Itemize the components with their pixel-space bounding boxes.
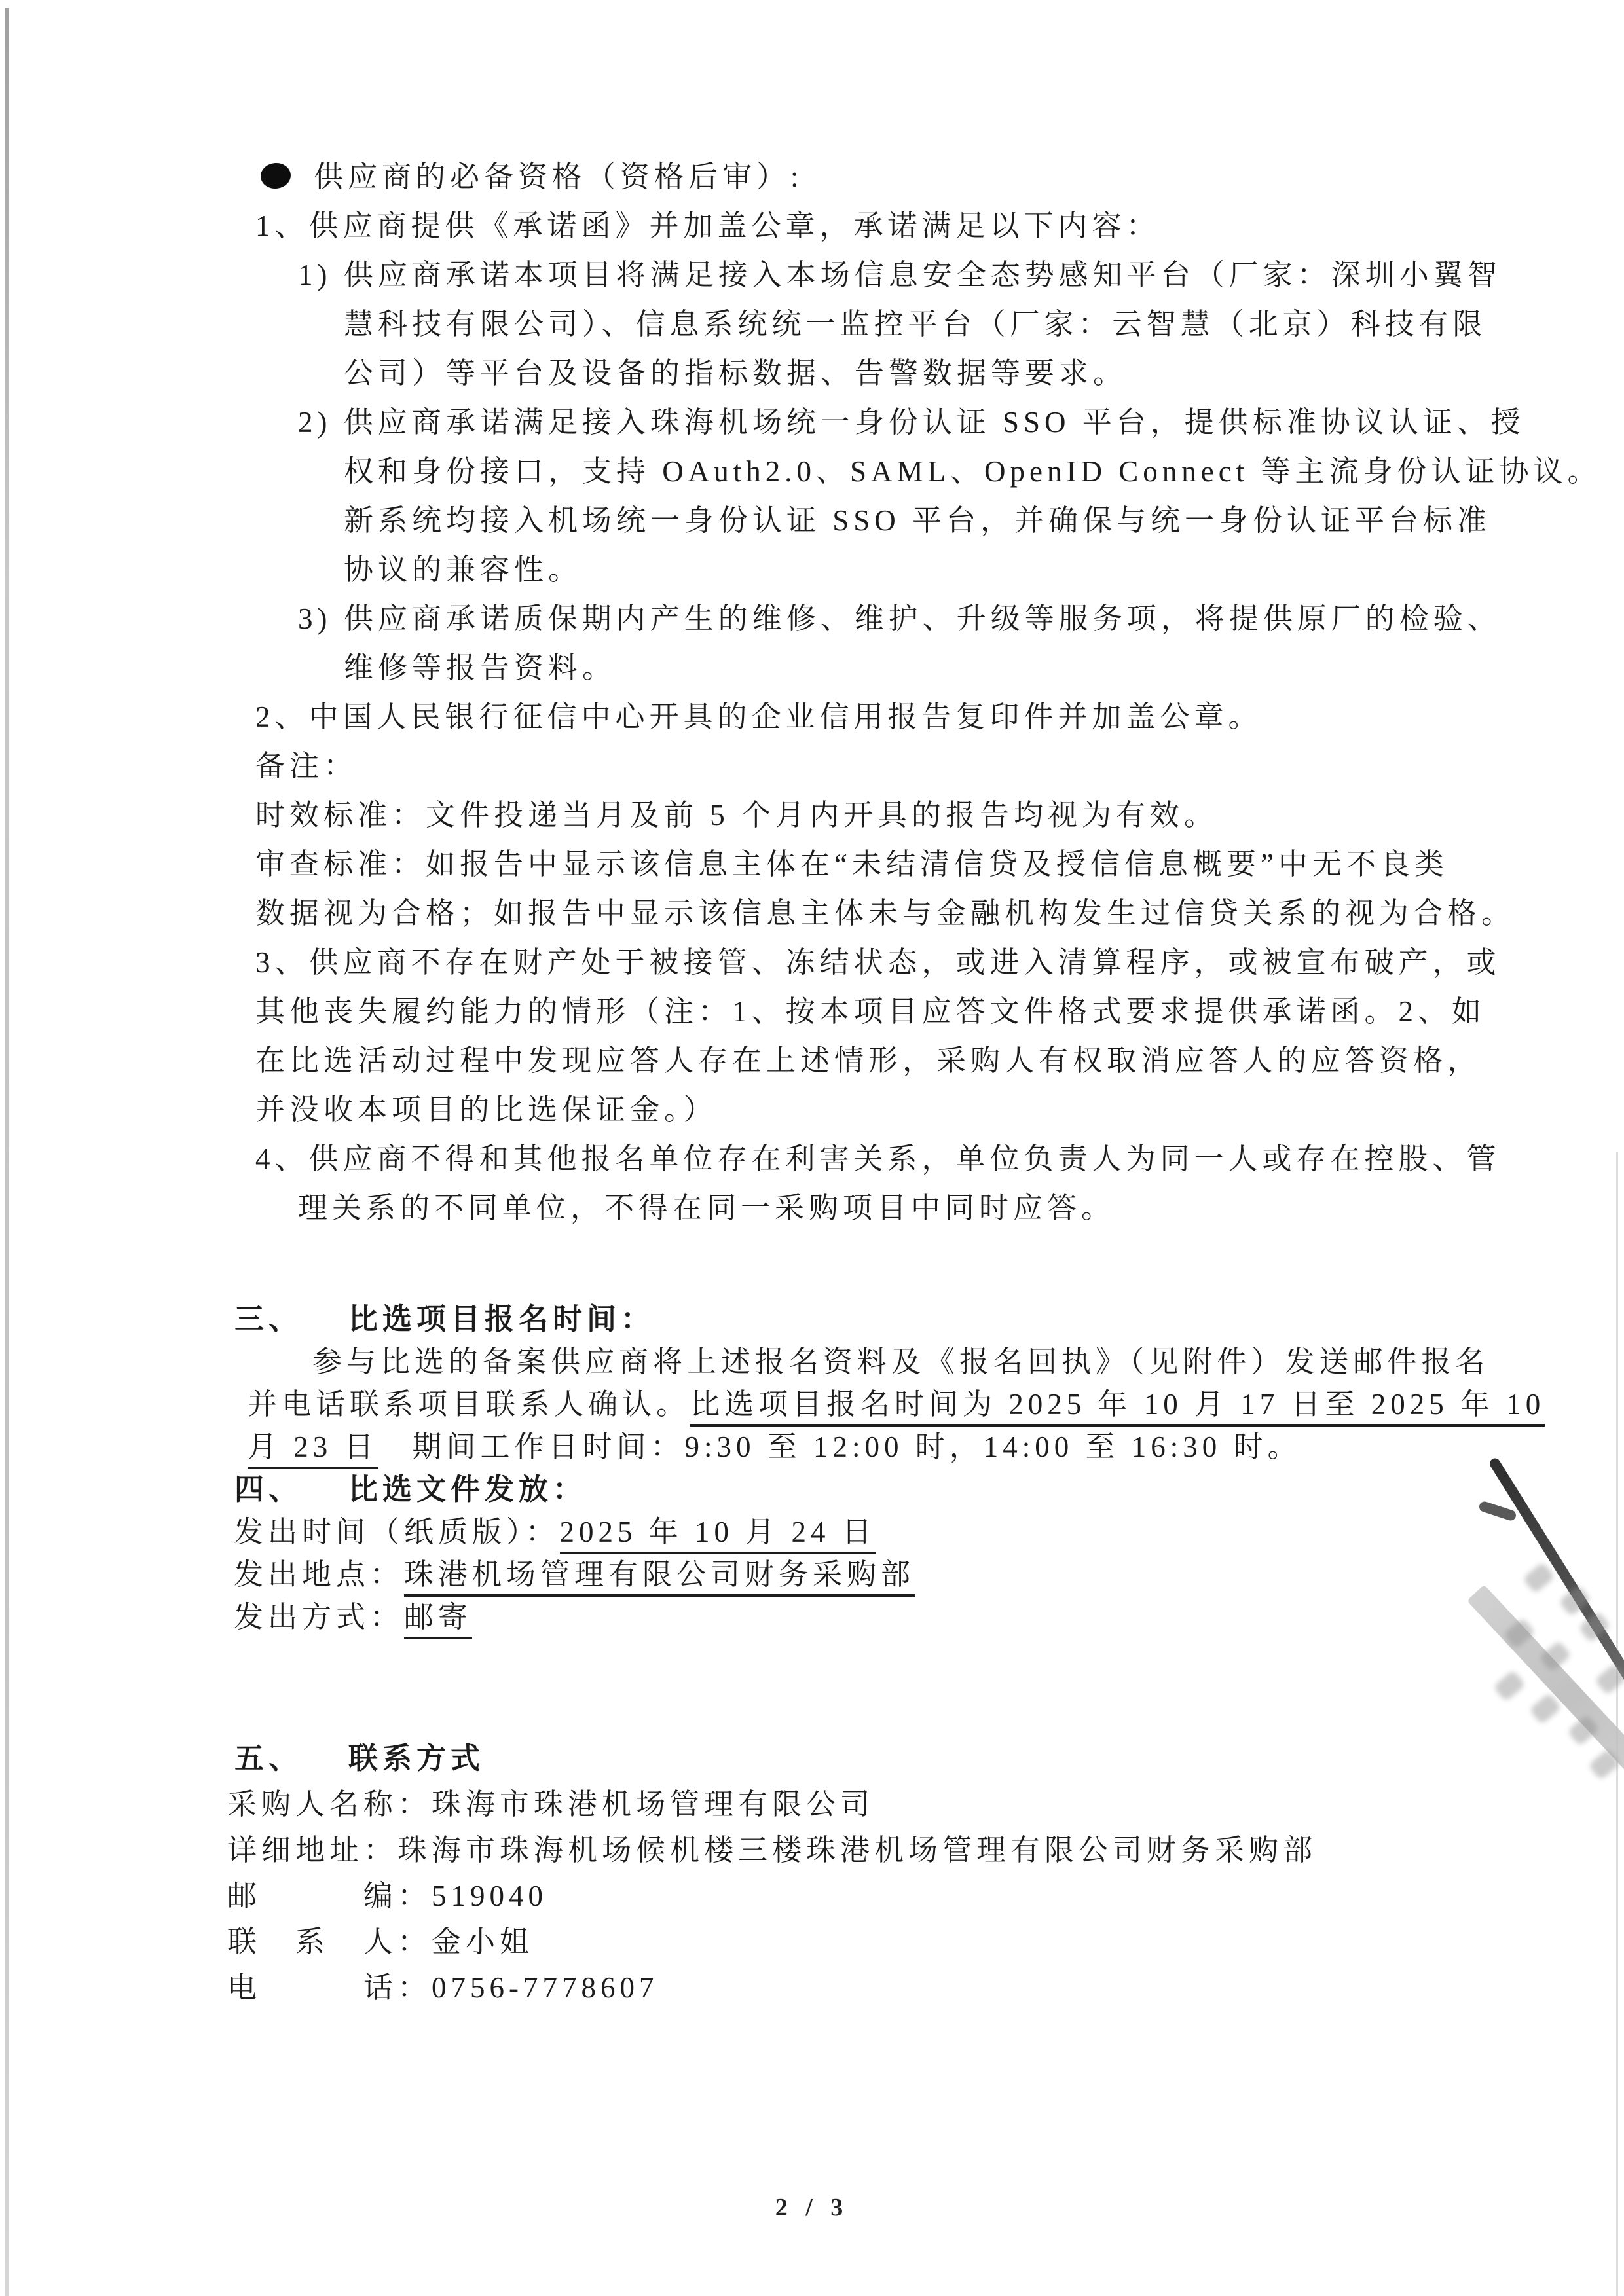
remark-validity: 时效标准：文件投递当月及前 5 个月内开具的报告均视为有效。 — [0, 791, 1624, 840]
section-3-para: 参与比选的备案供应商将上述报名资料及《报名回执》（见附件）发送邮件报名 — [0, 1341, 1624, 1383]
item-1: 1、供应商提供《承诺函》并加盖公章，承诺满足以下内容： — [0, 202, 1624, 251]
item-2: 2、中国人民银行征信中心开具的企业信用报告复印件并加盖公章。 — [0, 693, 1624, 742]
item-3-wrap: 其他丧失履约能力的情形（注：1、按本项目应答文件格式要求提供承诺函。2、如 — [0, 987, 1624, 1036]
bullet-icon — [259, 162, 292, 191]
text-span: 四、 — [234, 1468, 348, 1511]
text-span: 1) 供应商承诺本项目将满足接入本场信息安全态势感知平台（厂家：深圳小翼智 — [298, 259, 1502, 291]
text-span: 公司）等平台及设备的指标数据、告警数据等要求。 — [344, 357, 1127, 390]
text-span: 发出方式： — [234, 1601, 404, 1633]
section-3-heading: 三、比选项目报名时间： — [0, 1298, 1624, 1341]
document-body: 供应商的必备资格（资格后审）:1、供应商提供《承诺函》并加盖公章，承诺满足以下内… — [0, 0, 1624, 2011]
text-span: 维修等报告资料。 — [344, 651, 616, 684]
postal-code: 邮 编：519040 — [0, 1873, 1624, 1919]
contact-person: 联 系 人：金小姐 — [0, 1919, 1624, 1965]
contact-phone: 电 话：0756-7778607 — [0, 1965, 1624, 2011]
text-span: 在比选活动过程中发现应答人存在上述情形，采购人有权取消应答人的应答资格， — [255, 1044, 1481, 1077]
item-1-2-wrap: 新系统均接入机场统一身份认证 SSO 平台，并确保与统一身份认证平台标准 — [0, 496, 1624, 545]
spacer — [0, 1639, 1624, 1736]
text-span: 邮 编：519040 — [227, 1880, 547, 1912]
item-1-1-wrap: 慧科技有限公司）、信息系统统一监控平台（厂家：云智慧（北京）科技有限 — [0, 300, 1624, 349]
text-span: 详细地址：珠海市珠海机场候机楼三楼珠港机场管理有限公司财务采购部 — [227, 1834, 1317, 1867]
section-4-heading: 四、比选文件发放： — [0, 1468, 1624, 1511]
issue-place: 发出地点：珠港机场管理有限公司财务采购部 — [0, 1554, 1624, 1596]
underlined-text: 比选项目报名时间为 2025 年 10 月 17 日至 2025 年 10 — [690, 1388, 1545, 1427]
page-number-text: 2 / 3 — [775, 2194, 849, 2221]
text-span: 比选项目报名时间： — [348, 1303, 655, 1336]
text-span: 并电话联系项目联系人确认。 — [248, 1388, 690, 1421]
text-span: 联 系 人：金小姐 — [227, 1925, 534, 1958]
text-span: 采购人名称：珠海市珠港机场管理有限公司 — [227, 1788, 874, 1821]
text-span: 供应商的必备资格（资格后审）: — [314, 160, 803, 193]
underlined-text: 珠港机场管理有限公司财务采购部 — [404, 1558, 915, 1597]
item-3: 3、供应商不存在财产处于被接管、冻结状态，或进入清算程序，或被宣布破产，或 — [0, 938, 1624, 987]
text-span: 五、 — [234, 1736, 348, 1781]
item-1-3: 3) 供应商承诺质保期内产生的维修、维护、升级等服务项，将提供原厂的检验、 — [0, 594, 1624, 644]
remark-label: 备注： — [0, 742, 1624, 791]
item-4: 4、供应商不得和其他报名单位存在利害关系，单位负责人为同一人或存在控股、管 — [0, 1135, 1624, 1184]
remark-review-wrap: 数据视为合格；如报告中显示该信息主体未与金融机构发生过信贷关系的视为合格。 — [0, 889, 1624, 938]
issue-method: 发出方式：邮寄 — [0, 1596, 1624, 1639]
text-span: 期间工作日时间：9:30 至 12:00 时，14:00 至 16:30 时。 — [378, 1430, 1302, 1463]
text-span: 发出地点： — [234, 1558, 404, 1591]
purchaser-address: 详细地址：珠海市珠海机场候机楼三楼珠港机场管理有限公司财务采购部 — [0, 1827, 1624, 1873]
text-span: 备注： — [255, 750, 358, 782]
text-span: 4、供应商不得和其他报名单位存在利害关系，单位负责人为同一人或存在控股、管 — [255, 1142, 1501, 1175]
text-span: 理关系的不同单位，不得在同一采购项目中同时应答。 — [298, 1192, 1115, 1224]
item-1-1: 1) 供应商承诺本项目将满足接入本场信息安全态势感知平台（厂家：深圳小翼智 — [0, 251, 1624, 300]
text-span: 三、 — [234, 1298, 348, 1341]
text-span: 电 话：0756-7778607 — [227, 1971, 659, 2004]
item-1-2-wrap: 权和身份接口，支持 OAuth2.0、SAML、OpenID Connect 等… — [0, 447, 1624, 496]
text-span: 3) 供应商承诺质保期内产生的维修、维护、升级等服务项，将提供原厂的检验、 — [298, 602, 1502, 635]
section-5-heading: 五、联系方式 — [0, 1736, 1624, 1781]
text-span: 2) 供应商承诺满足接入珠海机场统一身份认证 SSO 平台，提供标准协议认证、授 — [298, 406, 1525, 439]
section-3-para: 并电话联系项目联系人确认。比选项目报名时间为 2025 年 10 月 17 日至… — [0, 1383, 1624, 1426]
text-span: 1、供应商提供《承诺函》并加盖公章，承诺满足以下内容： — [255, 210, 1160, 242]
item-1-2: 2) 供应商承诺满足接入珠海机场统一身份认证 SSO 平台，提供标准协议认证、授 — [0, 398, 1624, 447]
qualification-heading: 供应商的必备资格（资格后审）: — [0, 153, 1624, 202]
text-span: 联系方式 — [348, 1742, 485, 1775]
item-1-1-wrap: 公司）等平台及设备的指标数据、告警数据等要求。 — [0, 349, 1624, 398]
text-span: 2、中国人民银行征信中心开具的企业信用报告复印件并加盖公章。 — [255, 701, 1263, 733]
text-span: 时效标准：文件投递当月及前 5 个月内开具的报告均视为有效。 — [255, 799, 1218, 831]
text-span: 协议的兼容性。 — [344, 553, 582, 586]
text-span: 并没收本项目的比选保证金。） — [255, 1093, 718, 1126]
text-span: 其他丧失履约能力的情形（注：1、按本项目应答文件格式要求提供承诺函。2、如 — [255, 995, 1486, 1028]
page-number: 2 / 3 — [0, 2193, 1624, 2222]
text-span: 审查标准：如报告中显示该信息主体在“未结清信贷及授信信息概要”中无不良类 — [255, 848, 1449, 881]
purchaser-name: 采购人名称：珠海市珠港机场管理有限公司 — [0, 1781, 1624, 1827]
underlined-text: 月 23 日 — [248, 1430, 378, 1469]
text-span: 参与比选的备案供应商将上述报名资料及《报名回执》（见附件）发送邮件报名 — [312, 1345, 1490, 1378]
item-1-3-wrap: 维修等报告资料。 — [0, 644, 1624, 693]
remark-review: 审查标准：如报告中显示该信息主体在“未结清信贷及授信信息概要”中无不良类 — [0, 840, 1624, 889]
text-span: 3、供应商不存在财产处于被接管、冻结状态，或进入清算程序，或被宣布破产，或 — [255, 946, 1501, 979]
text-span: 权和身份接口，支持 OAuth2.0、SAML、OpenID Connect 等… — [344, 455, 1601, 488]
spacer — [0, 1233, 1624, 1298]
item-3-wrap: 在比选活动过程中发现应答人存在上述情形，采购人有权取消应答人的应答资格， — [0, 1036, 1624, 1085]
document-page: 供应商的必备资格（资格后审）:1、供应商提供《承诺函》并加盖公章，承诺满足以下内… — [0, 0, 1624, 2296]
section-3-para: 月 23 日 期间工作日时间：9:30 至 12:00 时，14:00 至 16… — [0, 1426, 1624, 1468]
item-3-wrap: 并没收本项目的比选保证金。） — [0, 1085, 1624, 1135]
item-1-2-wrap: 协议的兼容性。 — [0, 545, 1624, 594]
text-span: 比选文件发放： — [348, 1473, 587, 1506]
underlined-text: 2025 年 10 月 24 日 — [560, 1516, 876, 1554]
underlined-text: 邮寄 — [404, 1601, 472, 1639]
item-4-wrap: 理关系的不同单位，不得在同一采购项目中同时应答。 — [0, 1184, 1624, 1233]
text-span: 数据视为合格；如报告中显示该信息主体未与金融机构发生过信贷关系的视为合格。 — [255, 897, 1515, 930]
text-span: 慧科技有限公司）、信息系统统一监控平台（厂家：云智慧（北京）科技有限 — [344, 308, 1487, 340]
text-span: 新系统均接入机场统一身份认证 SSO 平台，并确保与统一身份认证平台标准 — [344, 504, 1491, 537]
text-span: 发出时间（纸质版）： — [234, 1516, 560, 1548]
issue-time: 发出时间（纸质版）：2025 年 10 月 24 日 — [0, 1511, 1624, 1554]
